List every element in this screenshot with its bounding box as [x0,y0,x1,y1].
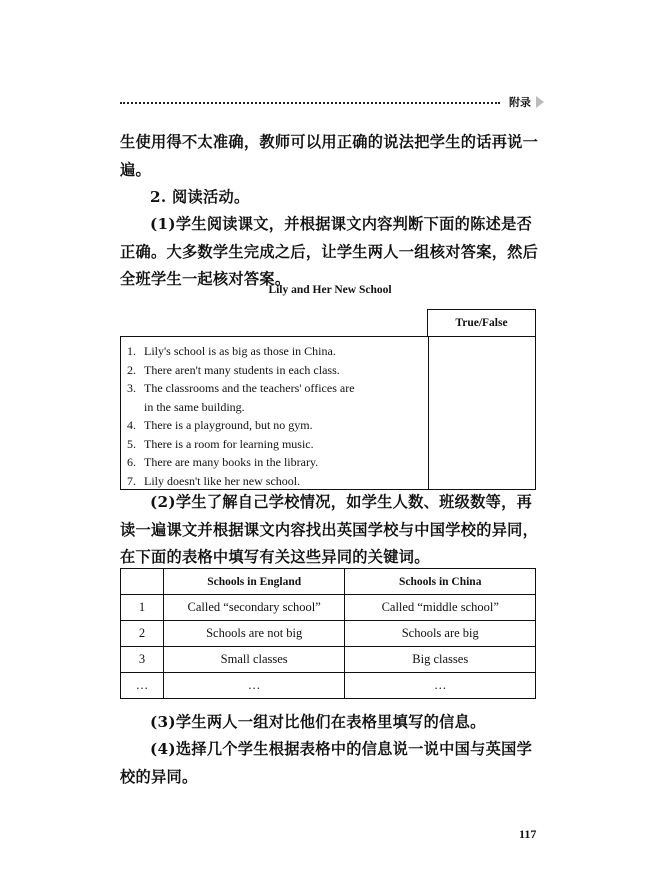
table-caption: Lily and Her New School [120,284,540,296]
statement-item-continuation: in the same building. [127,398,427,417]
paragraph-step-1: (1)学生阅读课文，并根据课文内容判断下面的陈述是否正确。大多数学生完成之后，让… [120,211,540,294]
statement-item: 7.Lily doesn't like her new school. [127,472,427,491]
statement-item: 3.The classrooms and the teachers' offic… [127,379,427,398]
section-label: 附录 [509,94,531,110]
row-index: 2 [121,621,164,647]
statement-item: 6.There are many books in the library. [127,453,427,472]
cell-england: … [163,673,345,699]
page-number: 117 [519,827,536,842]
cell-england: Small classes [163,647,345,673]
statement-item: 2.There aren't many students in each cla… [127,361,427,380]
table-row: 3 Small classes Big classes [121,647,536,673]
cell-england: Schools are not big [163,621,345,647]
dotted-rule [120,102,500,104]
true-false-header: True/False [427,309,536,337]
statement-item: 1.Lily's school is as big as those in Ch… [127,342,427,361]
statement-list: 1.Lily's school is as big as those in Ch… [127,342,427,490]
running-header: 附录 [120,96,540,110]
paragraph-step-2: (2)学生了解自己学校情况，如学生人数、班级数等，再读一遍课文并根据课文内容找出… [120,489,540,572]
table-header-row: Schools in England Schools in China [121,569,536,595]
comparison-table: Schools in England Schools in China 1 Ca… [120,568,536,699]
true-false-table: True/False 1.Lily's school is as big as … [120,309,536,489]
true-false-body: 1.Lily's school is as big as those in Ch… [120,336,536,490]
row-index: 3 [121,647,164,673]
statement-item: 4.There is a playground, but no gym. [127,416,427,435]
paragraph-continuation: 生使用得不太准确，教师可以用正确的说法把学生的话再说一遍。 [120,129,540,184]
header-cell-index [121,569,164,595]
answer-column [428,337,429,489]
paragraph-step-4: (4)选择几个学生根据表格中的信息说一说中国与英国学校的异同。 [120,736,540,791]
header-cell-england: Schools in England [163,569,345,595]
cell-china: Called “middle school” [345,595,536,621]
right-triangle-icon [536,96,544,108]
table-row: 1 Called “secondary school” Called “midd… [121,595,536,621]
cell-china: Big classes [345,647,536,673]
cell-china: … [345,673,536,699]
row-index: 1 [121,595,164,621]
cell-china: Schools are big [345,621,536,647]
header-cell-china: Schools in China [345,569,536,595]
cell-england: Called “secondary school” [163,595,345,621]
paragraph-step-3: (3)学生两人一组对比他们在表格里填写的信息。 [120,709,540,737]
table-row: … … … [121,673,536,699]
row-index: … [121,673,164,699]
section-heading-reading: 2. 阅读活动。 [120,184,540,212]
statement-item: 5.There is a room for learning music. [127,435,427,454]
table-row: 2 Schools are not big Schools are big [121,621,536,647]
